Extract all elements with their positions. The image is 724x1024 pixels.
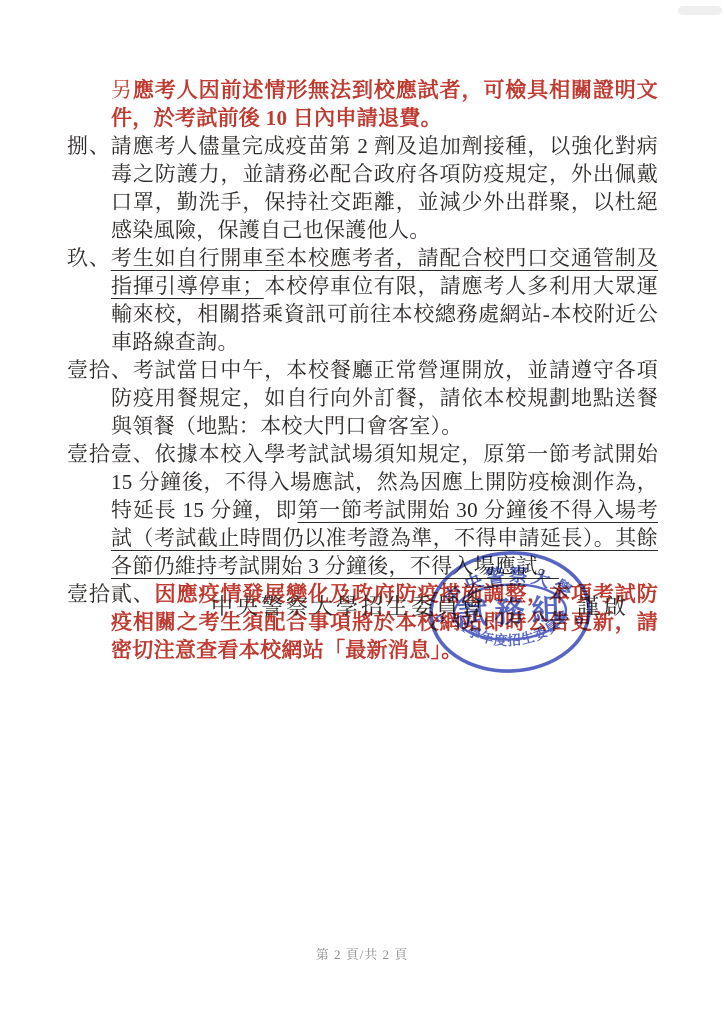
item-number: 壹拾壹、 xyxy=(67,442,155,466)
item-number: 捌、 xyxy=(67,134,111,158)
plum-blossom-icon: ✿ xyxy=(435,613,445,625)
item-number: 玖、 xyxy=(67,246,111,270)
text-segment: 另 xyxy=(111,78,133,102)
plum-blossom-icon: ✿ xyxy=(575,615,585,627)
stamp-center-text: 試務組 xyxy=(457,593,569,631)
item-10: 壹拾、考試當日中午，本校餐廳正常營運開放，並請遵守各項防疫用餐規定，如自行向外訂… xyxy=(67,356,658,440)
item-9: 玖、考生如自行開車至本校應考者，請配合校門口交通管制及指揮引導停車；本校停車位有… xyxy=(67,244,658,356)
scan-artifact xyxy=(678,6,722,15)
page-number: 第 2 頁/共 2 頁 xyxy=(0,944,724,963)
text-segment: 請應考人儘量完成疫苗第 2 劑及追加劑接種，以強化對病毒之防護力，並請務必配合政… xyxy=(111,134,658,242)
document-page: 另應考人因前述情形無法到校應試者，可檢具相關證明文件，於考試前後 10 日內申請… xyxy=(0,0,724,1024)
text-segment: 應考人因前述情形無法到校應試者，可檢具相關證明文件，於考試前後 10 日內申請退… xyxy=(111,78,658,130)
continuation-refund-note: 另應考人因前述情形無法到校應試者，可檢具相關證明文件，於考試前後 10 日內申請… xyxy=(67,76,658,132)
item-8: 捌、請應考人儘量完成疫苗第 2 劑及追加劑接種，以強化對病毒之防護力，並請務必配… xyxy=(67,132,658,244)
official-stamp: 中央警察大學 111學年度招生委員會 試務組 ✿ ✿ xyxy=(424,545,595,678)
item-number: 壹拾貳、 xyxy=(67,582,155,606)
item-number: 壹拾、 xyxy=(67,358,133,382)
text-segment: 考試當日中午，本校餐廳正常營運開放，並請遵守各項防疫用餐規定，如自行向外訂餐，請… xyxy=(111,358,658,438)
